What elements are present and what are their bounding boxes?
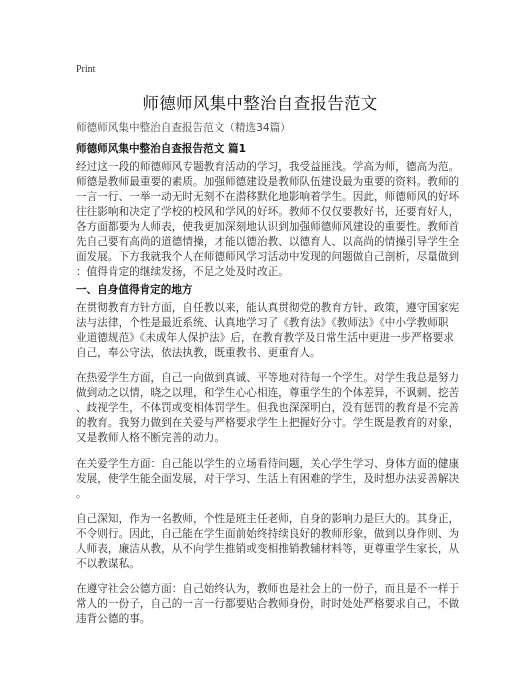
text-line: 不以教谋私。 — [76, 557, 448, 572]
text-line: ：值得肯定的继续发扬，不足之处及时改正。 — [76, 265, 448, 280]
print-label[interactable]: Print — [76, 64, 95, 75]
text-line: 面发展。下方我就我个人在师德师风学习活动中发现的问题做自己剖析，尽量做到 — [76, 250, 448, 265]
text-line: 在贯彻教育方针方面，自任教以来，能认真贯彻党的教育方针、政策，遵守国家宪 — [76, 301, 448, 316]
text-line: 。 — [76, 487, 448, 502]
paragraph-education-policy: 在贯彻教育方针方面，自任教以来，能认真贯彻党的教育方针、政策，遵守国家宪 法与法… — [76, 301, 448, 361]
text-line: 师德是教师最重要的素质。加强师德建设是教师队伍建设最为重要的资料。教师的 — [76, 175, 448, 190]
text-line: 人师表，廉洁从教，从不向学生推销或变相推销教辅材料等，更尊重学生家长，从 — [76, 542, 448, 557]
text-line: 违背公德的事。 — [76, 612, 448, 627]
text-line: 在热爱学生方面，自己一向做到真诚、平等地对待每一个学生。对学生我总是努力 — [76, 371, 448, 386]
section-heading: 一、自身值得肯定的地方 — [76, 282, 193, 297]
page-subtitle: 师德师风集中整治自查报告范文（精选34篇） — [76, 120, 291, 135]
text-line: 自己，奉公守法，依法执教，既重教书、更重育人。 — [76, 346, 448, 361]
text-line: 不令则行。因此，自己能在学生面前始终持续良好的教师形象，做到以身作则、为 — [76, 527, 448, 542]
text-line: 、歧视学生，不体罚或变相体罚学生。但我也深深明白，没有惩罚的教育是不完善 — [76, 401, 448, 416]
text-line: 法与法律，个性是最近系统、认真地学习了《教育法》《教师法》《中小学教师职 — [76, 316, 448, 331]
text-line: 业道德规范》《未成年人保护法》后，在教育教学及日常生活中更进一步严格要求 — [76, 331, 448, 346]
text-line: 自己深知，作为一名教师，个性是班主任老师，自身的影响力是巨大的。其身正， — [76, 512, 448, 527]
text-line: 的教育。我努力做到在关爱与严格要求学生上把握好分寸。学生既是教育的对象， — [76, 416, 448, 431]
paragraph-care-students: 在关爱学生方面：自己能以学生的立场看待问题，关心学生学习、身体方面的健康 发展，… — [76, 457, 448, 502]
text-line: 常人的一份子，自己的一言一行都要贴合教师身份，时时处处严格要求自己，不做 — [76, 597, 448, 612]
text-line: 经过这一段的师德师风专题教育活动的学习，我受益匪浅。学高为师，德高为范。 — [76, 160, 448, 175]
text-line: 发展，使学生能全面发展，对于学习、生活上有困难的学生，及时想办法妥善解决 — [76, 472, 448, 487]
page-title: 师德师风集中整治自查报告范文 — [0, 90, 520, 114]
text-line: 各方面都要为人师表，使我更加深刻地认识到加强师德师风建设的重要性。教师首 — [76, 220, 448, 235]
paragraph-role-model: 自己深知，作为一名教师，个性是班主任老师，自身的影响力是巨大的。其身正， 不令则… — [76, 512, 448, 572]
text-line: 在关爱学生方面：自己能以学生的立场看待问题，关心学生学习、身体方面的健康 — [76, 457, 448, 472]
paragraph-love-students: 在热爱学生方面，自己一向做到真诚、平等地对待每一个学生。对学生我总是努力 做到动… — [76, 371, 448, 446]
article-heading: 师德师风集中整治自查报告范文 篇1 — [76, 141, 246, 156]
text-line: 先自己要有高尚的道德情操，才能以德治教、以德育人、以高尚的情操引导学生全 — [76, 235, 448, 250]
text-line: 在遵守社会公德方面：自己始终认为，教师也是社会上的一份子，而且是不一样于 — [76, 582, 448, 597]
text-line: 又是教师人格不断完善的动力。 — [76, 431, 448, 446]
text-line: 一言一行、一举一动无时无刻不在潜移默化地影响着学生。因此，师德师风的好坏 — [76, 190, 448, 205]
intro-paragraph: 经过这一段的师德师风专题教育活动的学习，我受益匪浅。学高为师，德高为范。 师德是… — [76, 160, 448, 280]
text-line: 往往影响和决定了学校的校风和学风的好坏。教师不仅仅要教好书，还要育好人， — [76, 205, 448, 220]
document-page: Print 师德师风集中整治自查报告范文 师德师风集中整治自查报告范文（精选34… — [0, 0, 520, 673]
text-line: 做到动之以情，晓之以理，和学生心心相连，尊重学生的个体差异，不讽刺、挖苦 — [76, 386, 448, 401]
paragraph-social-ethics: 在遵守社会公德方面：自己始终认为，教师也是社会上的一份子，而且是不一样于 常人的… — [76, 582, 448, 627]
